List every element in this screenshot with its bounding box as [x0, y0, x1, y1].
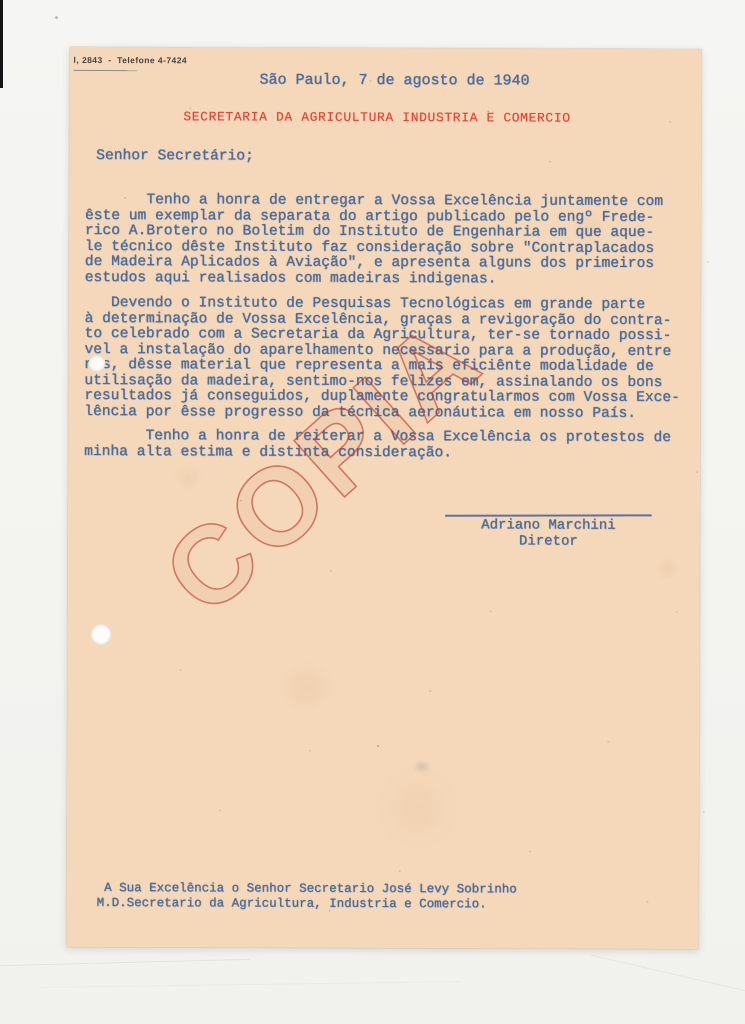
scanner-streak: [40, 981, 460, 988]
salutation: Senhor Secretário;: [96, 148, 254, 165]
secretaria-heading: SECRETARIA DA AGRICULTURA INDUSTRIA E CO…: [183, 109, 570, 125]
punch-hole: [90, 624, 111, 645]
paragraph-1: Tenho a honra de entregar a Vossa Excelê…: [85, 193, 663, 288]
paper-grain-specks: [70, 47, 72, 49]
ink-smudge: [412, 760, 432, 773]
scanner-streak: [590, 954, 745, 992]
letter-paper: l, 2843 - Telefone 4-7424 São Paulo, 7 d…: [66, 47, 701, 949]
signature-name: Adriano Marchini: [445, 517, 652, 534]
scanner-speck: [55, 16, 58, 19]
scanned-letter-page: l, 2843 - Telefone 4-7424 São Paulo, 7 d…: [0, 0, 745, 1024]
recipient-address: A Sua Excelência o Senhor Secretario Jos…: [97, 881, 517, 913]
date-line: São Paulo, 7 de agosto de 1940: [259, 72, 529, 90]
scan-edge-artifact: [0, 0, 3, 88]
letterhead-underline: [73, 70, 137, 71]
punch-hole: [88, 355, 105, 372]
signature-title: Diretor: [445, 533, 652, 550]
scanner-streak: [0, 959, 250, 967]
letterhead-fragment: l, 2843 - Telefone 4-7424: [74, 55, 188, 65]
